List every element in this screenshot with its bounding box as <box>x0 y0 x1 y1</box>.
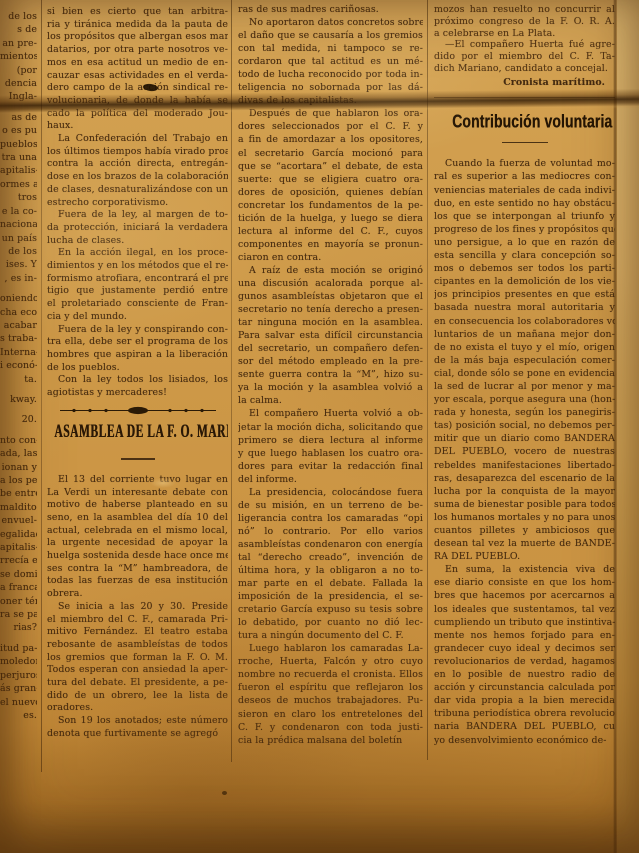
text-line: de su misión, en un terreno de be- <box>238 499 423 512</box>
contribucion-heading: Contribución voluntaria <box>452 110 597 136</box>
text-line: basada nuestra moral autoritaria y <box>434 301 615 314</box>
text-line: ás gran- <box>0 682 37 695</box>
text-line: secretario no tenía derecho a presen- <box>238 303 423 316</box>
text-line: nacional <box>0 218 37 231</box>
text-line <box>0 406 37 413</box>
text-line: ta. <box>0 373 37 386</box>
text-line: la urgente necesidad de apoyar la <box>47 537 228 550</box>
text-line: la sed de lucrar al por menor y ma- <box>434 380 615 393</box>
ornament-divider-icon <box>60 406 216 415</box>
text-line: Cuando la fuerza de voluntad mo- <box>434 157 615 170</box>
text-line: de la más baja especulación comer- <box>434 354 615 367</box>
text-line: 20. <box>0 413 37 426</box>
text-line: En la acción ilegal, en los proce- <box>47 247 228 260</box>
text-line: ria y tiránica medida da la pauta de <box>47 19 228 32</box>
text-line: los humanos mortales y no para unos <box>434 511 615 524</box>
text-line: yo desenvolvimiento económico de- <box>434 734 615 747</box>
text-line: rebosante de asambleístas de todos <box>47 639 228 652</box>
text-line: cial, donde sólo se pone en evidencia <box>434 367 615 380</box>
text-line: a fin de amordazar a los opositores, <box>238 133 423 146</box>
text-line: jos principios presentes en que está <box>434 288 615 301</box>
text-line: ya la moción y la asamblea volvió a <box>238 381 423 394</box>
text-line: lucha por la conquista de la mayor <box>434 485 615 498</box>
text-line: Para salvar esta difícil circunstancia <box>238 329 423 342</box>
text-line: actual, celebrada en el mismo local, <box>47 525 228 538</box>
text-line: el daño que se causaría a los gremios <box>238 29 423 42</box>
text-line: primero se diera lectura al informe <box>238 434 423 447</box>
text-line: Con la ley todos los lisiados, los <box>47 374 228 387</box>
text-line: lo debatido, por cuanto no dió lec- <box>238 616 423 629</box>
text-line: mos en esa actitud un medio de en- <box>47 57 228 70</box>
text-line <box>0 427 37 434</box>
newspaper-photo: de loss dean pre-mientos(pordenciaIngla-… <box>0 0 639 853</box>
text-line: La Verdi un interesante debate con <box>47 487 228 500</box>
text-line: ciaron en contra. <box>238 251 423 264</box>
text-line: tar ninguna moción en la asamblea. <box>238 316 423 329</box>
text-line: un país <box>0 232 37 245</box>
text-line: acción y circunstancia calculada por <box>434 681 615 694</box>
text-line: el proletariado consciente de Fran- <box>47 298 228 311</box>
text-line: se domi- <box>0 568 37 581</box>
text-line: mitivo Fernández. El teatro estaba <box>47 626 228 639</box>
text-line: dido por el miembro del C. F. Ta- <box>434 51 615 63</box>
text-line: kway. <box>0 393 37 406</box>
text-line: los gremios que forman la F. O. M. <box>47 652 228 665</box>
text-line: denota que furtivamente se agregó <box>47 728 228 741</box>
text-line: todas las fuerzas de esa institución <box>47 575 228 588</box>
maritime-notes-text: mozos han resuelto no concurrir alpróxim… <box>434 4 615 75</box>
text-line: mitir que un diario como BANDERA <box>434 432 615 445</box>
text-line: de los pueblos. <box>47 362 228 375</box>
text-line: concretar los fundamentos de la pe- <box>238 199 423 212</box>
text-line: a celebrarse en La Plata. <box>434 28 615 40</box>
text-line <box>0 386 37 393</box>
text-line: sente guerra contra la “M”, hizo su- <box>238 368 423 381</box>
text-line: dores para evitar la redacción final <box>238 460 423 473</box>
text-line: divas de los capitalistas. <box>238 94 423 107</box>
text-line <box>0 635 37 642</box>
text-line: cia y del mundo. <box>47 311 228 324</box>
text-line: a franca <box>0 581 37 594</box>
text-line: hombres que aspiran a la liberación <box>47 349 228 362</box>
text-line: cuantos pilletes y ambiciosos que <box>434 524 615 537</box>
text-line: acabar <box>0 319 37 332</box>
left-article-top-text: si bien es cierto que tan arbitra-ria y … <box>47 6 228 400</box>
text-line: mar parte en el debate. Fallada la <box>238 577 423 590</box>
text-line: luntarios de un mañana mejor don- <box>434 328 615 341</box>
text-line: datarios, por otra parte nosotros ve- <box>47 44 228 57</box>
text-line: lucha de clases. <box>47 235 228 248</box>
text-line: dencia <box>0 77 37 90</box>
text-line: Fuera de la ley y conspirando con- <box>47 324 228 337</box>
text-line: dores de oposición, quienes debían <box>238 186 423 199</box>
text-line: el secretario García mocionó para <box>238 147 423 160</box>
text-line: mente nos hemos forjado para en- <box>434 629 615 642</box>
text-line: suerte: que se eligiera cuatro ora- <box>238 173 423 186</box>
text-line: Se inicia a las 20 y 30. Preside <box>47 601 228 614</box>
text-line: rias? <box>0 621 37 634</box>
text-line: rada y honesta, según los panegiris- <box>434 406 615 419</box>
text-line: pueblos <box>0 138 37 151</box>
text-line: Luego hablaron los camaradas La- <box>238 642 423 655</box>
text-line: Después de que hablaron los ora- <box>238 107 423 120</box>
asamblea-heading: ASAMBLEA DE LA F. O. MARITIMA <box>54 420 221 460</box>
text-line: dose en los brazos de la colaboración <box>47 171 228 184</box>
text-line: dores seleccionados por el C. F. y <box>238 120 423 133</box>
text-line: cia la prédica malsana del boletín <box>238 734 423 747</box>
text-line: todo de lucha reconocido por toda in- <box>238 68 423 81</box>
text-line: de no exista el tuyo y el mío, origen <box>434 341 615 354</box>
text-line: dero campo de la acción sindical re- <box>47 82 228 95</box>
text-line: cado la política del moderado Jou- <box>47 108 228 121</box>
text-line: sor del método empleado en la pre- <box>238 355 423 368</box>
text-line: ada, las <box>0 447 37 460</box>
text-line: yor escala, porque asegura una (hon- <box>434 393 615 406</box>
text-line: huelga sostenida desde hace once me <box>47 550 228 563</box>
text-line: los últimos tiempos había virado proa <box>47 146 228 159</box>
text-line: o es pu <box>0 124 37 137</box>
text-line: suma de bienestar posible para todos <box>434 498 615 511</box>
text-line: del informe. <box>238 473 423 486</box>
text-line: , es in- <box>0 272 37 285</box>
text-line: cretario García expuso su tesis sobre <box>238 603 423 616</box>
text-line: C. F. y condenaron con toda justi- <box>238 721 423 734</box>
text-line: El compañero Huerta volvió a ob- <box>238 407 423 420</box>
text-line: ese diario consiste en que los hom- <box>434 576 615 589</box>
text-line: fueron el espíritu que reflejaron los <box>238 681 423 694</box>
text-line: los propósitos que albergan esos man- <box>47 31 228 44</box>
text-line: A raíz de esta moción se originó <box>238 264 423 277</box>
text-line: Interna- <box>0 346 37 359</box>
text-line: ormes a <box>0 178 37 191</box>
text-line: en lo posible de nuestro radio de <box>434 668 615 681</box>
text-line: ras de sus madres cariñosas. <box>238 3 423 16</box>
text-line: dimientos y en los métodos que el re- <box>47 260 228 273</box>
text-line: as de <box>0 111 37 124</box>
paper-speck <box>222 791 227 795</box>
text-line: egalidad, <box>0 528 37 541</box>
text-line: an pre- <box>0 37 37 50</box>
text-line: lectura al informe del C. F., cuyos <box>238 225 423 238</box>
text-line: tros <box>0 191 37 204</box>
text-line: motivo de haberse planteado en su <box>47 499 228 512</box>
text-line: La Confederación del Trabajo en <box>47 133 228 146</box>
text-line: ises. Y <box>0 258 37 271</box>
text-line: próximo congreso de la F. O. R. A. <box>434 16 615 28</box>
text-line: una discusión acalorada porque al- <box>238 277 423 290</box>
text-line: Todos esperan con ansiedad la aper- <box>47 664 228 677</box>
text-line: componentes en mayoría se pronun- <box>238 238 423 251</box>
text-line: (por <box>0 64 37 77</box>
text-line: ra se pa- <box>0 608 37 621</box>
text-line: tra ella, debe ser el programa de los <box>47 336 228 349</box>
text-line: duo, en este sentido no hay obstácu- <box>434 197 615 210</box>
text-line: nó” lo contrario. Por ello varios <box>238 525 423 538</box>
text-line: rroche, Huerta, Falcón y otro cuyo <box>238 655 423 668</box>
text-line: tura a ningún documento del C. F. <box>238 629 423 642</box>
text-line: tura del debate. El presidente, a pe- <box>47 677 228 690</box>
byline: Cronista marítimo. <box>434 77 615 89</box>
text-line: El 13 del corriente tuvo lugar en <box>47 474 228 487</box>
text-line: estrecho corporativismo. <box>47 197 228 210</box>
text-line: jetar la moción dicha, solicitando que <box>238 421 423 434</box>
text-line: Son 19 los anotados; este número <box>47 715 228 728</box>
text-line: bres que hacemos por acercarnos a <box>434 589 615 602</box>
left-article-bottom-text: El 13 del corriente tuvo lugar enLa Verd… <box>47 474 228 741</box>
text-line: desean tal vez la muerte de BANDE- <box>434 537 615 550</box>
text-line: ionan y <box>0 461 37 474</box>
heading-dash <box>502 142 548 144</box>
text-line: s traba- <box>0 332 37 345</box>
text-line: ses contra la “M” hambreadora, de <box>47 563 228 576</box>
column-rule-3 <box>427 0 428 760</box>
text-line: rrecía el <box>0 554 37 567</box>
text-line: haux. <box>47 120 228 133</box>
text-line: uno persigue, a lo que en razón de <box>434 236 615 249</box>
text-line: RA DEL PUEBLO. <box>434 550 615 563</box>
text-line: La presidencia, colocándose fuera <box>238 486 423 499</box>
contribucion-body-text: Cuando la fuerza de voluntad mo-ral es s… <box>434 157 615 746</box>
text-line: mientos <box>0 50 37 63</box>
text-line: oner tér- <box>0 595 37 608</box>
text-line: maldito, <box>0 501 37 514</box>
text-line: el nuevo <box>0 696 37 709</box>
text-line: a los pe- <box>0 474 37 487</box>
text-line: en consecuencia los colaboradores vo <box>434 315 615 328</box>
text-line: los que se interpongan al triunfo y <box>434 210 615 223</box>
text-line: nto con- <box>0 434 37 447</box>
text-line <box>0 104 37 111</box>
text-line: be entre- <box>0 487 37 500</box>
text-line: oniendo <box>0 292 37 305</box>
column-rule-2 <box>231 0 232 762</box>
text-line: la calma. <box>238 394 423 407</box>
text-line <box>0 285 37 292</box>
text-line: volucionaria, de donde la había se <box>47 95 228 108</box>
text-line: En suma, la existencia viva de <box>434 563 615 576</box>
text-line: —El compañero Huerta fué agre- <box>434 39 615 51</box>
text-line: el miembro del C. F., camarada Pri- <box>47 614 228 627</box>
text-line: progreso de los fines y propósitos que <box>434 223 615 236</box>
left-article-column: si bien es cierto que tan arbitra-ria y … <box>47 6 228 756</box>
text-line: teligencia no sobornada por las dá- <box>238 81 423 94</box>
text-line: veniencias materiales de cada indivi- <box>434 184 615 197</box>
text-line: e la co- <box>0 205 37 218</box>
text-line: cipantes en la demolición de los vie- <box>434 275 615 288</box>
text-line: dar vida propia a la bien merecida <box>434 694 615 707</box>
section-rule <box>434 97 615 98</box>
text-line: naria BANDERA DEL PUEBLO, cu <box>434 720 615 733</box>
middle-article-column: ras de sus madres cariñosas.No aportaron… <box>238 3 423 755</box>
text-line: apitalis- <box>0 164 37 177</box>
text-line: nombre no recuerda el cronista. Ellos <box>238 668 423 681</box>
text-line: contra la acción directa, entregán- <box>47 158 228 171</box>
text-line: revolucionarios de verdad, hagamos <box>434 655 615 668</box>
paper-scuff <box>150 478 176 488</box>
text-line: Ingla- <box>0 90 37 103</box>
text-line: agiotistas y mercaderes! <box>47 387 228 400</box>
text-line: obrera. <box>47 588 228 601</box>
text-line: grandecer cuyo ideal y decimos ser <box>434 642 615 655</box>
text-line: da protección, iniciará la verdadera <box>47 222 228 235</box>
text-line: mos o debemos ser todos los parti- <box>434 262 615 275</box>
text-line: Fuera de la ley, al margen de to- <box>47 209 228 222</box>
text-line: sieron en claro los entretelones del <box>238 708 423 721</box>
text-line: cha eco- <box>0 306 37 319</box>
text-line: última hora, y la obligaron a no to- <box>238 564 423 577</box>
text-line: apitalis- <box>0 541 37 554</box>
text-line: los ideales que sustentamos, tal vez <box>434 603 615 616</box>
text-line: rebeldes manifestaciones libertado- <box>434 459 615 472</box>
adjacent-page-edge <box>617 0 639 853</box>
column-rule-1 <box>41 0 42 772</box>
text-line: es. <box>0 709 37 722</box>
text-line: asambleístas condenaron con energía <box>238 538 423 551</box>
text-line: formismo atrofiara, encontrará el pres <box>47 273 228 286</box>
text-line: envuel- <box>0 514 37 527</box>
text-line: DEL PUEBLO, vocero de nuestras <box>434 445 615 458</box>
text-line: de los <box>0 245 37 258</box>
text-line: tición de la huelga, y luego se diera <box>238 212 423 225</box>
text-line: ras, desaparezca del escenario de la <box>434 472 615 485</box>
text-line: gunos asambleístas objetaron que el <box>238 290 423 303</box>
text-line: tal “derecho creado”, invención de <box>238 551 423 564</box>
text-line: del secretario, un compañero defen- <box>238 342 423 355</box>
text-line: moledora <box>0 655 37 668</box>
text-line: si bien es cierto que tan arbitra- <box>47 6 228 19</box>
text-line: imposición de la presidencia, el se- <box>238 590 423 603</box>
text-line: y que luego hablasen los cuatro ora- <box>238 447 423 460</box>
text-line: No aportaron datos concretos sobre <box>238 16 423 29</box>
text-line: de los <box>0 10 37 23</box>
text-line: tas) posición social, no debemos per- <box>434 419 615 432</box>
right-article-column: mozos han resuelto no concurrir alpróxim… <box>434 4 615 752</box>
text-line: s de <box>0 23 37 36</box>
text-line: que se “acortara” el debate, de esta <box>238 160 423 173</box>
cutoff-left-column: de loss dean pre-mientos(pordenciaIngla-… <box>0 10 37 772</box>
text-line: ral es superior a las mediocres con- <box>434 170 615 183</box>
text-line: tigio que justamente perdió entre <box>47 285 228 298</box>
text-line: itud pa- <box>0 642 37 655</box>
text-line: dido de un obrero, lee la lista de <box>47 690 228 703</box>
text-line: mozos han resuelto no concurrir al <box>434 4 615 16</box>
text-line: cordaron que tal actitud es un mé- <box>238 55 423 68</box>
text-line: de clases, desnaturalizándose con un <box>47 184 228 197</box>
text-line: ligerancia contra los camaradas “opi <box>238 512 423 525</box>
text-line: cauzar esas actividades en el verda- <box>47 70 228 83</box>
text-line: cumpliendo un tributo que instintiva- <box>434 616 615 629</box>
text-line: oradores. <box>47 702 228 715</box>
text-line: seno, en la asamblea del día 10 del <box>47 512 228 525</box>
text-line: perjuros <box>0 669 37 682</box>
text-line: dich Mariano, candidato a concejal. <box>434 63 615 75</box>
text-line: i econó- <box>0 359 37 372</box>
text-line: esta sencilla y clara concepción so- <box>434 249 615 262</box>
text-line: con tal medida, ni tampoco se re- <box>238 42 423 55</box>
text-line: tra una <box>0 151 37 164</box>
text-line: deseos de muchos trabajadores. Pu- <box>238 694 423 707</box>
text-line: tribuna periodística obrera revolucio <box>434 707 615 720</box>
